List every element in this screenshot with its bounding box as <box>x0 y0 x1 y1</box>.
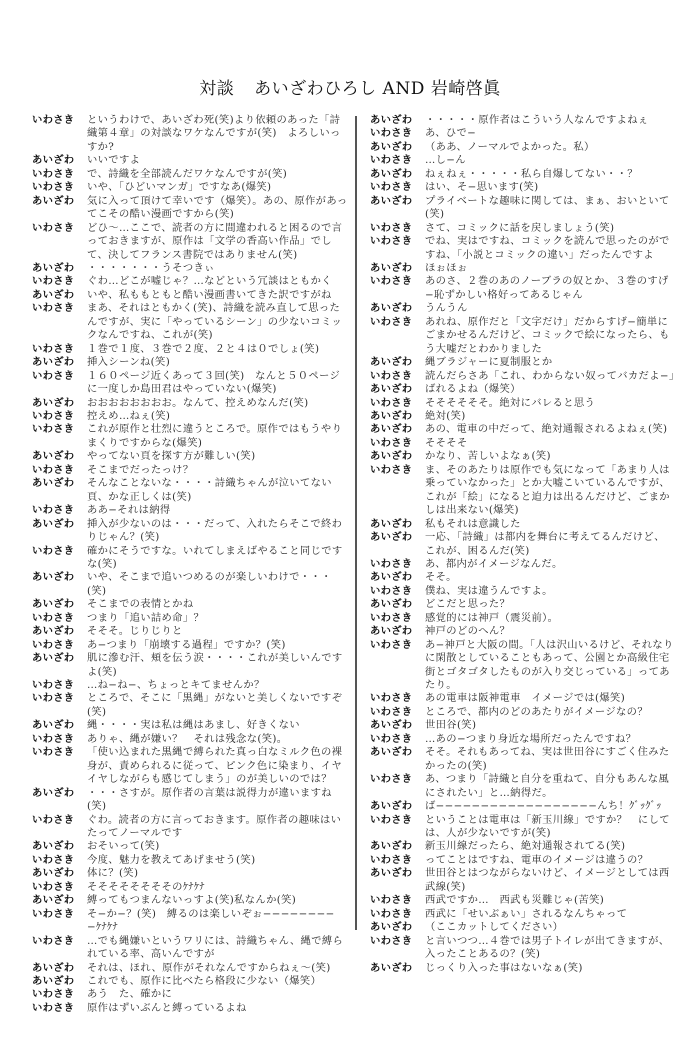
speaker-name: いわさき <box>32 679 87 692</box>
speaker-name: いわさき <box>32 423 87 436</box>
dialogue-text: 縛ってもつまんないっすよ(笑)私なんか(笑) <box>87 894 348 907</box>
speaker-name: あいざわ <box>32 894 87 907</box>
speaker-name: あいざわ <box>370 921 425 934</box>
dialogue-text: おそいって(笑) <box>87 840 348 853</box>
title-name2: 岩崎啓眞 <box>431 79 501 99</box>
speaker-name: あいざわ <box>370 719 425 732</box>
dialogue-line: あいざわ気に入って頂けて幸いです（爆笑）。あの、原作があってこその酷い漫画ですか… <box>32 195 348 222</box>
speaker-name: いわさき <box>370 773 425 786</box>
speaker-name: いわさき <box>32 908 87 921</box>
dialogue-line: いわさきそそそそ <box>370 437 675 450</box>
speaker-name: あいざわ <box>370 423 425 436</box>
speaker-name: あいざわ <box>32 652 87 665</box>
dialogue-text: 一応、「詩織」は都内を舞台に考えてるんだけど、これが、困るんだ(笑) <box>425 531 675 558</box>
dialogue-line: いわさきぐわ…どこが嘘じゃ？…などという冗談はともかく <box>32 275 348 288</box>
dialogue-text: （ここカットしてください） <box>425 921 675 934</box>
speaker-name: いわさき <box>32 881 87 894</box>
speaker-name: いわさき <box>370 154 425 167</box>
dialogue-line: いわさきま、そのあたりは原作でも気になって「あまり人は乗っていなかった」とか大嘘… <box>370 464 675 518</box>
dialogue-line: いわさきあ、ひで− <box>370 127 675 140</box>
dialogue-line: あいざわ体に？(笑) <box>32 867 348 880</box>
speaker-name: あいざわ <box>370 962 425 975</box>
dialogue-text: ぐわ。読者の方に言っておきます。原作者の趣味はいたってノーマルです <box>87 814 348 841</box>
speaker-name: あいざわ <box>32 571 87 584</box>
dialogue-line: いわさきあ、つまり「詩織と自分を重ねて、自分もあんな風にされたい」と…納得だ。 <box>370 773 675 800</box>
dialogue-text: さて、コミックに話を戻しましょう(笑) <box>425 222 675 235</box>
speaker-name: あいざわ <box>32 962 87 975</box>
dialogue-text: 縄・・・・実は私は縄はあまし、好きくない <box>87 719 348 732</box>
dialogue-line: いわさきそ−か−？(笑) 縛るのは楽しいぞぉ−−−−−−−−−ｹﾅｹﾅ <box>32 908 348 935</box>
dialogue-text: そそ。それもあってね、実は世田谷にすごく住みたかったの(笑) <box>425 746 675 773</box>
dialogue-text: つまり「追い詰め命」？ <box>87 612 348 625</box>
dialogue-text: あれね、原作だと「文字だけ」だからすげ−簡単にごまかせるんだけど、コミックで絵に… <box>425 316 675 356</box>
dialogue-text: そんなことないな・・・・詩織ちゃんが泣いてない頁、かな正しくは(笑) <box>87 477 348 504</box>
speaker-name: あいざわ <box>32 477 87 490</box>
dialogue-line: あいざわそそ。 <box>370 571 675 584</box>
dialogue-text: あ−神戸と大阪の間。「人は沢山いるけど、それなりに閑散としていることもあって、公… <box>425 639 675 693</box>
speaker-name: いわさき <box>370 692 425 705</box>
speaker-name: いわさき <box>32 1002 87 1015</box>
dialogue-text: 感覚的には神戸（震災前）。 <box>425 612 675 625</box>
dialogue-text: １６０ページ近くあって３回(笑) なんと５０ページに一度しか島田君はやっていない… <box>87 370 348 397</box>
dialogue-line: あいざわほぉほぉ <box>370 262 675 275</box>
speaker-name: あいざわ <box>32 840 87 853</box>
dialogue-text: ところで、そこに「黒縄」がないと美しくないですぞ(笑) <box>87 692 348 719</box>
speaker-name: あいざわ <box>370 383 425 396</box>
speaker-name: いわさき <box>32 988 87 1001</box>
dialogue-line: あいざわ（ここカットしてください） <box>370 921 675 934</box>
dialogue-text: いいですよ <box>87 154 348 167</box>
speaker-name: あいざわ <box>370 356 425 369</box>
dialogue-line: いわさき…でも縄嫌いというワリには、詩織ちゃん、縄で縛られている率、高いんですが <box>32 935 348 962</box>
speaker-name: あいざわ <box>370 168 425 181</box>
title-conj: AND <box>383 79 425 99</box>
speaker-name: あいざわ <box>370 262 425 275</box>
speaker-name: いわさき <box>370 316 425 329</box>
speaker-name: いわさき <box>32 639 87 652</box>
speaker-name: あいざわ <box>32 598 87 611</box>
dialogue-line: あいざわ・・・さすが。原作者の言葉は説得力が違いますね(笑) <box>32 787 348 814</box>
dialogue-line: いわさき今度、魅力を教えてあげませう(笑) <box>32 854 348 867</box>
dialogue-text: 肌に滲む汗、頬を伝う涙・・・・これが美しいんですよ(笑) <box>87 652 348 679</box>
speaker-name: あいざわ <box>370 840 425 853</box>
dialogue-text: うんうん <box>425 302 675 315</box>
dialogue-text: あの、電車の中だって、絶対通報されるよねぇ(笑) <box>425 423 675 436</box>
dialogue-line: あいざわ世田谷とはつながらないけど、イメージとしては西武線(笑) <box>370 867 675 894</box>
speaker-name: あいざわ <box>32 154 87 167</box>
speaker-name: あいざわ <box>32 787 87 800</box>
dialogue-text: …し−ん <box>425 154 675 167</box>
dialogue-line: いわさきそそそそそそそそのｹﾅｹﾅ <box>32 881 348 894</box>
dialogue-line: いわさきあ−神戸と大阪の間。「人は沢山いるけど、それなりに閑散としていることもあ… <box>370 639 675 693</box>
speaker-name: あいざわ <box>370 195 425 208</box>
dialogue-text: 体に？(笑) <box>87 867 348 880</box>
dialogue-text: １巻で１度、３巻で２度、２と４は０でしょ(笑) <box>87 343 348 356</box>
right-column: あいざわ・・・・・原作者はこういう人なんですよねぇいわさきあ、ひで−あいざわ（あ… <box>370 114 675 975</box>
dialogue-text: どこだと思った？ <box>425 598 675 611</box>
dialogue-text: と言いつつ…４巻では男子トイレが出てきますが、入ったことあるの？(笑) <box>425 935 675 962</box>
dialogue-text: かなり、苦しいよなぁ(笑) <box>425 450 675 463</box>
dialogue-line: あいざわどこだと思った？ <box>370 598 675 611</box>
dialogue-text: そこまでの表情とかね <box>87 598 348 611</box>
dialogue-line: いわさきあれね、原作だと「文字だけ」だからすげ−簡単にごまかせるんだけど、コミッ… <box>370 316 675 356</box>
dialogue-text: 「使い込まれた黒縄で縛られた真っ白なミルク色の裸身が、責められるに従って、ピンク… <box>87 746 348 786</box>
speaker-name: あいざわ <box>370 410 425 423</box>
dialogue-line: いわさき感覚的には神戸（震災前）。 <box>370 612 675 625</box>
speaker-name: あいざわ <box>32 356 87 369</box>
speaker-name: いわさき <box>32 814 87 827</box>
dialogue-line: いわさきと言いつつ…４巻では男子トイレが出てきますが、入ったことあるの？(笑) <box>370 935 675 962</box>
speaker-name: いわさき <box>32 370 87 383</box>
dialogue-text: 世田谷とはつながらないけど、イメージとしては西武線(笑) <box>425 867 675 894</box>
speaker-name: いわさき <box>32 746 87 759</box>
dialogue-text: あのさ、２巻のあのノーブラの奴とか、３巻のすげ−恥ずかしい格好ってあるじゃん <box>425 275 675 302</box>
speaker-name: あいざわ <box>370 302 425 315</box>
dialogue-text: ということは電車は「新玉川線」ですか？ にしては、人が少ないですが(笑) <box>425 814 675 841</box>
dialogue-text: ほぉほぉ <box>425 262 675 275</box>
dialogue-line: いわさき１６０ページ近くあって３回(笑) なんと５０ページに一度しか島田君はやっ… <box>32 370 348 397</box>
dialogue-line: あいざわ世田谷(笑) <box>370 719 675 732</box>
speaker-name: いわさき <box>32 854 87 867</box>
dialogue-text: そそ。 <box>425 571 675 584</box>
dialogue-text: ・・・さすが。原作者の言葉は説得力が違いますね(笑) <box>87 787 348 814</box>
left-column: いわさきというわけで、あいざわ死(笑)より依頼のあった「詩織第４章」の対談なワケ… <box>32 114 348 1015</box>
speaker-name: あいざわ <box>32 518 87 531</box>
speaker-name: あいざわ <box>32 625 87 638</box>
dialogue-text: ・・・・・・・うそつきぃ <box>87 262 348 275</box>
dialogue-line: いわさき「使い込まれた黒縄で縛られた真っ白なミルク色の裸身が、責められるに従って… <box>32 746 348 786</box>
dialogue-text: それは、ほれ、原作がそれなんですからねぇ〜(笑) <box>87 962 348 975</box>
dialogue-text: 西武ですか… 西武も災難じゃ(苦笑) <box>425 894 675 907</box>
dialogue-text: 新玉川線だったら、絶対通報されてる(笑) <box>425 840 675 853</box>
dialogue-text: まあ、それはともかく(笑)、詩織を読み直して思ったんですが、実に「やっているシー… <box>87 302 348 342</box>
dialogue-text: あ、都内がイメージなんだ。 <box>425 558 675 571</box>
dialogue-text: 原作はずいぶんと縛っているよね <box>87 1002 348 1015</box>
dialogue-text: いや、私ももともと酷い漫画書いてきた訳ですがね <box>87 289 348 302</box>
dialogue-text: ところで、都内のどのあたりがイメージなの？ <box>425 706 675 719</box>
dialogue-text: 神戸のどのへん？ <box>425 625 675 638</box>
speaker-name: あいざわ <box>370 746 425 759</box>
dialogue-text: そこまでだったっけ？ <box>87 464 348 477</box>
speaker-name: あいざわ <box>32 195 87 208</box>
dialogue-line: あいざわばれるよね（爆笑） <box>370 383 675 396</box>
dialogue-line: いわさき…し−ん <box>370 154 675 167</box>
dialogue-line: いわさきつまり「追い詰め命」？ <box>32 612 348 625</box>
dialogue-text: どひ〜…ここで、読者の方に間違われると困るので言っておきますが、原作は「文学の香… <box>87 222 348 262</box>
dialogue-line: あいざわそそ。それもあってね、実は世田谷にすごく住みたかったの(笑) <box>370 746 675 773</box>
dialogue-text: ってことはですね、電車のイメージは違うの？ <box>425 854 675 867</box>
dialogue-line: いわさきそそそそそそ。絶対にバレると思う <box>370 397 675 410</box>
dialogue-text: あ−つまり「崩壊する過程」ですか？(笑) <box>87 639 348 652</box>
dialogue-text: ば−−−−−−−−−−−−−−−−−−んち！ｸﾞｯｸﾞｯ <box>425 800 675 813</box>
speaker-name: いわさき <box>370 181 425 194</box>
speaker-name: あいざわ <box>370 114 425 127</box>
dialogue-line: あいざわば−−−−−−−−−−−−−−−−−−んち！ｸﾞｯｸﾞｯ <box>370 800 675 813</box>
dialogue-text: いや、「ひどいマンガ」ですなあ(爆笑) <box>87 181 348 194</box>
dialogue-text: はい、そ−思います(笑) <box>425 181 675 194</box>
dialogue-line: あいざわ縄ブラジャーに夏制服とか <box>370 356 675 369</box>
dialogue-line: あいざわかなり、苦しいよなぁ(笑) <box>370 450 675 463</box>
speaker-name: いわさき <box>32 302 87 315</box>
dialogue-line: いわさきところで、そこに「黒縄」がないと美しくないですぞ(笑) <box>32 692 348 719</box>
speaker-name: いわさき <box>370 814 425 827</box>
speaker-name: いわさき <box>32 733 87 746</box>
dialogue-line: あいざわおおおおおおおお。なんて、控えめなんだ(笑) <box>32 397 348 410</box>
dialogue-line: あいざわそこまでの表情とかね <box>32 598 348 611</box>
speaker-name: いわさき <box>370 558 425 571</box>
dialogue-line: いわさき控えめ…ねぇ(笑) <box>32 410 348 423</box>
dialogue-text: …あの−つまり身近な場所だったんですね？ <box>425 733 675 746</box>
speaker-name: いわさき <box>370 894 425 907</box>
dialogue-text: これが原作と壮烈に違うところで。原作ではもうやりまくりですからな(爆笑) <box>87 423 348 450</box>
speaker-name: あいざわ <box>370 141 425 154</box>
speaker-name: いわさき <box>32 168 87 181</box>
dialogue-line: あいざわうんうん <box>370 302 675 315</box>
dialogue-line: いわさきまあ、それはともかく(笑)、詩織を読み直して思ったんですが、実に「やって… <box>32 302 348 342</box>
dialogue-line: いわさきってことはですね、電車のイメージは違うの？ <box>370 854 675 867</box>
dialogue-text: プライベートな趣味に関しては、まぁ、おいといて(笑) <box>425 195 675 222</box>
dialogue-text: 確かにそうですな。いれてしまえばやること同じですな(笑) <box>87 545 348 572</box>
dialogue-line: あいざわそんなことないな・・・・詩織ちゃんが泣いてない頁、かな正しくは(笑) <box>32 477 348 504</box>
speaker-name: いわさき <box>370 706 425 719</box>
speaker-name: あいざわ <box>32 719 87 732</box>
dialogue-line: いわさきで、詩織を全部読んだワケなんですが(笑) <box>32 168 348 181</box>
dialogue-text: ありゃ、縄が嫌い？ それは残念な(笑)。 <box>87 733 348 746</box>
speaker-name: あいざわ <box>370 867 425 880</box>
dialogue-line: あいざわ一応、「詩織」は都内を舞台に考えてるんだけど、これが、困るんだ(笑) <box>370 531 675 558</box>
dialogue-line: あいざわ・・・・・原作者はこういう人なんですよねぇ <box>370 114 675 127</box>
dialogue-text: ぐわ…どこが嘘じゃ？…などという冗談はともかく <box>87 275 348 288</box>
speaker-name: いわさき <box>370 935 425 948</box>
dialogue-line: いわさきあ、都内がイメージなんだ。 <box>370 558 675 571</box>
dialogue-text: おおおおおおおお。なんて、控えめなんだ(笑) <box>87 397 348 410</box>
dialogue-text: じっくり入った事はないなぁ(笑) <box>425 962 675 975</box>
dialogue-line: あいざわ肌に滲む汗、頬を伝う涙・・・・これが美しいんですよ(笑) <box>32 652 348 679</box>
dialogue-text: …ね−ね−、ちょっとキてませんか？ <box>87 679 348 692</box>
speaker-name: いわさき <box>32 114 87 127</box>
dialogue-line: いわさきはい、そ−思います(笑) <box>370 181 675 194</box>
speaker-name: あいざわ <box>370 800 425 813</box>
speaker-name: いわさき <box>32 504 87 517</box>
dialogue-line: あいざわいや、そこまで追いつめるのが楽しいわけで・・・(笑) <box>32 571 348 598</box>
dialogue-line: いわさき僕ね、実は違うんですよ。 <box>370 585 675 598</box>
dialogue-text: 控えめ…ねぇ(笑) <box>87 410 348 423</box>
dialogue-line: いわさき１巻で１度、３巻で２度、２と４は０でしょ(笑) <box>32 343 348 356</box>
dialogue-line: いわさきあう た、確かに <box>32 988 348 1001</box>
dialogue-line: いわさきああ−それは納得 <box>32 504 348 517</box>
dialogue-text: あ、ひで− <box>425 127 675 140</box>
speaker-name: いわさき <box>370 908 425 921</box>
dialogue-text: 絶対(笑) <box>425 410 675 423</box>
speaker-name: いわさき <box>32 343 87 356</box>
dialogue-text: 気に入って頂けて幸いです（爆笑）。あの、原作があってこその酷い漫画ですから(笑) <box>87 195 348 222</box>
speaker-name: いわさき <box>370 733 425 746</box>
speaker-name: あいざわ <box>370 531 425 544</box>
dialogue-text: 縄ブラジャーに夏制服とか <box>425 356 675 369</box>
dialogue-text: でね、実はですね、コミックを読んで思ったのがですね、「小説とコミックの違い」だっ… <box>425 235 675 262</box>
speaker-name: あいざわ <box>32 450 87 463</box>
dialogue-line: あいざわそれは、ほれ、原作がそれなんですからねぇ〜(笑) <box>32 962 348 975</box>
speaker-name: いわさき <box>32 464 87 477</box>
dialogue-line: いわさきそこまでだったっけ？ <box>32 464 348 477</box>
speaker-name: いわさき <box>32 275 87 288</box>
dialogue-line: あいざわこれでも、原作に比べたら格段に少ない（爆笑） <box>32 975 348 988</box>
dialogue-line: いわさき西武に「せいぶぁい」されるなんちゃって <box>370 908 675 921</box>
page-title: 対談 あいざわひろし AND 岩崎啓眞 <box>0 74 700 99</box>
dialogue-line: あいざわ（ああ、ノーマルでよかった。私） <box>370 141 675 154</box>
title-name1: あいざわひろし <box>254 79 377 99</box>
dialogue-line: あいざわ縄・・・・実は私は縄はあまし、好きくない <box>32 719 348 732</box>
dialogue-line: いわさきでね、実はですね、コミックを読んで思ったのがですね、「小説とコミックの違… <box>370 235 675 262</box>
dialogue-line: いわさき…あの−つまり身近な場所だったんですね？ <box>370 733 675 746</box>
dialogue-line: あいざわ絶対(笑) <box>370 410 675 423</box>
dialogue-line: あいざわ神戸のどのへん？ <box>370 625 675 638</box>
dialogue-line: あいざわ新玉川線だったら、絶対通報されてる(笑) <box>370 840 675 853</box>
dialogue-line: いわさきということは電車は「新玉川線」ですか？ にしては、人が少ないですが(笑) <box>370 814 675 841</box>
speaker-name: あいざわ <box>370 571 425 584</box>
dialogue-line: いわさき…ね−ね−、ちょっとキてませんか？ <box>32 679 348 692</box>
dialogue-line: いわさき原作はずいぶんと縛っているよね <box>32 1002 348 1015</box>
dialogue-text: あの電車は阪神電車 イメージでは(爆笑) <box>425 692 675 705</box>
dialogue-line: いわさきあのさ、２巻のあのノーブラの奴とか、３巻のすげ−恥ずかしい格好ってあるじ… <box>370 275 675 302</box>
speaker-name: いわさき <box>32 410 87 423</box>
speaker-name: いわさき <box>32 612 87 625</box>
dialogue-line: いわさきところで、都内のどのあたりがイメージなの？ <box>370 706 675 719</box>
dialogue-text: そそそ。じりじりと <box>87 625 348 638</box>
speaker-name: いわさき <box>32 222 87 235</box>
dialogue-line: あいざわプライベートな趣味に関しては、まぁ、おいといて(笑) <box>370 195 675 222</box>
speaker-name: あいざわ <box>32 262 87 275</box>
dialogue-text: で、詩織を全部読んだワケなんですが(笑) <box>87 168 348 181</box>
speaker-name: いわさき <box>32 935 87 948</box>
dialogue-text: いや、そこまで追いつめるのが楽しいわけで・・・(笑) <box>87 571 348 598</box>
dialogue-text: ああ−それは納得 <box>87 504 348 517</box>
dialogue-line: あいざわいいですよ <box>32 154 348 167</box>
dialogue-text: そ−か−？(笑) 縛るのは楽しいぞぉ−−−−−−−−−ｹﾅｹﾅ <box>87 908 348 935</box>
dialogue-text: 挿入シーンね(笑) <box>87 356 348 369</box>
dialogue-line: あいざわいや、私ももともと酷い漫画書いてきた訳ですがね <box>32 289 348 302</box>
column-divider <box>355 116 357 930</box>
dialogue-text: そそそそそそそそのｹﾅｹﾅ <box>87 881 348 894</box>
speaker-name: いわさき <box>370 854 425 867</box>
speaker-name: あいざわ <box>370 518 425 531</box>
speaker-name: いわさき <box>370 127 425 140</box>
dialogue-line: あいざわあの、電車の中だって、絶対通報されるよねぇ(笑) <box>370 423 675 436</box>
speaker-name: いわさき <box>370 612 425 625</box>
speaker-name: あいざわ <box>32 397 87 410</box>
dialogue-text: あう た、確かに <box>87 988 348 1001</box>
dialogue-line: あいざわねぇねぇ・・・・・私ら自爆してない・・？ <box>370 168 675 181</box>
dialogue-line: あいざわ挿入シーンね(笑) <box>32 356 348 369</box>
dialogue-text: 今度、魅力を教えてあげませう(笑) <box>87 854 348 867</box>
dialogue-text: 世田谷(笑) <box>425 719 675 732</box>
dialogue-text: 読んだらさあ「これ、わからない奴ってバカだよ−」 <box>425 370 675 383</box>
dialogue-text: ・・・・・原作者はこういう人なんですよねぇ <box>425 114 675 127</box>
dialogue-line: いわさきぐわ。読者の方に言っておきます。原作者の趣味はいたってノーマルです <box>32 814 348 841</box>
dialogue-text: 挿入が少ないのは・・・だって、入れたらそこで終わりじゃん？(笑) <box>87 518 348 545</box>
speaker-name: いわさき <box>32 181 87 194</box>
dialogue-line: あいざわ縛ってもつまんないっすよ(笑)私なんか(笑) <box>32 894 348 907</box>
speaker-name: あいざわ <box>370 598 425 611</box>
dialogue-line: いわさきというわけで、あいざわ死(笑)より依頼のあった「詩織第４章」の対談なワケ… <box>32 114 348 154</box>
dialogue-line: あいざわそそそ。じりじりと <box>32 625 348 638</box>
dialogue-text: あ、つまり「詩織と自分を重ねて、自分もあんな風にされたい」と…納得だ。 <box>425 773 675 800</box>
dialogue-line: いわさきさて、コミックに話を戻しましょう(笑) <box>370 222 675 235</box>
dialogue-text: ま、そのあたりは原作でも気になって「あまり人は乗っていなかった」とか大嘘こいてい… <box>425 464 675 518</box>
speaker-name: あいざわ <box>32 289 87 302</box>
title-prefix: 対談 <box>199 79 234 99</box>
speaker-name: あいざわ <box>370 450 425 463</box>
dialogue-text: やってない頁を探す方が難しい(笑) <box>87 450 348 463</box>
dialogue-text: ねぇねぇ・・・・・私ら自爆してない・・？ <box>425 168 675 181</box>
dialogue-line: いわさき確かにそうですな。いれてしまえばやること同じですな(笑) <box>32 545 348 572</box>
speaker-name: いわさき <box>32 692 87 705</box>
dialogue-line: あいざわやってない頁を探す方が難しい(笑) <box>32 450 348 463</box>
speaker-name: いわさき <box>370 222 425 235</box>
dialogue-line: いわさきこれが原作と壮烈に違うところで。原作ではもうやりまくりですからな(爆笑) <box>32 423 348 450</box>
dialogue-line: いわさきいや、「ひどいマンガ」ですなあ(爆笑) <box>32 181 348 194</box>
dialogue-text: ばれるよね（爆笑） <box>425 383 675 396</box>
speaker-name: いわさき <box>370 585 425 598</box>
speaker-name: あいざわ <box>32 867 87 880</box>
dialogue-text: というわけで、あいざわ死(笑)より依頼のあった「詩織第４章」の対談なワケなんです… <box>87 114 348 154</box>
dialogue-text: 西武に「せいぶぁい」されるなんちゃって <box>425 908 675 921</box>
speaker-name: あいざわ <box>370 625 425 638</box>
speaker-name: いわさき <box>370 639 425 652</box>
speaker-name: いわさき <box>32 545 87 558</box>
dialogue-line: あいざわ私もそれは意識した <box>370 518 675 531</box>
dialogue-line: いわさきどひ〜…ここで、読者の方に間違われると困るので言っておきますが、原作は「… <box>32 222 348 262</box>
speaker-name: いわさき <box>370 437 425 450</box>
dialogue-text: （ああ、ノーマルでよかった。私） <box>425 141 675 154</box>
dialogue-text: …でも縄嫌いというワリには、詩織ちゃん、縄で縛られている率、高いんですが <box>87 935 348 962</box>
dialogue-text: そそそそ <box>425 437 675 450</box>
dialogue-text: 私もそれは意識した <box>425 518 675 531</box>
dialogue-text: これでも、原作に比べたら格段に少ない（爆笑） <box>87 975 348 988</box>
speaker-name: いわさき <box>370 464 425 477</box>
dialogue-line: いわさき読んだらさあ「これ、わからない奴ってバカだよ−」 <box>370 370 675 383</box>
speaker-name: あいざわ <box>32 975 87 988</box>
dialogue-line: いわさきあ−つまり「崩壊する過程」ですか？(笑) <box>32 639 348 652</box>
dialogue-line: あいざわおそいって(笑) <box>32 840 348 853</box>
dialogue-line: あいざわ・・・・・・・うそつきぃ <box>32 262 348 275</box>
dialogue-text: 僕ね、実は違うんですよ。 <box>425 585 675 598</box>
speaker-name: いわさき <box>370 370 425 383</box>
speaker-name: いわさき <box>370 275 425 288</box>
dialogue-line: いわさきあの電車は阪神電車 イメージでは(爆笑) <box>370 692 675 705</box>
dialogue-text: そそそそそそ。絶対にバレると思う <box>425 397 675 410</box>
dialogue-line: いわさきありゃ、縄が嫌い？ それは残念な(笑)。 <box>32 733 348 746</box>
speaker-name: いわさき <box>370 397 425 410</box>
dialogue-line: あいざわじっくり入った事はないなぁ(笑) <box>370 962 675 975</box>
dialogue-line: あいざわ挿入が少ないのは・・・だって、入れたらそこで終わりじゃん？(笑) <box>32 518 348 545</box>
speaker-name: いわさき <box>370 235 425 248</box>
dialogue-line: いわさき西武ですか… 西武も災難じゃ(苦笑) <box>370 894 675 907</box>
